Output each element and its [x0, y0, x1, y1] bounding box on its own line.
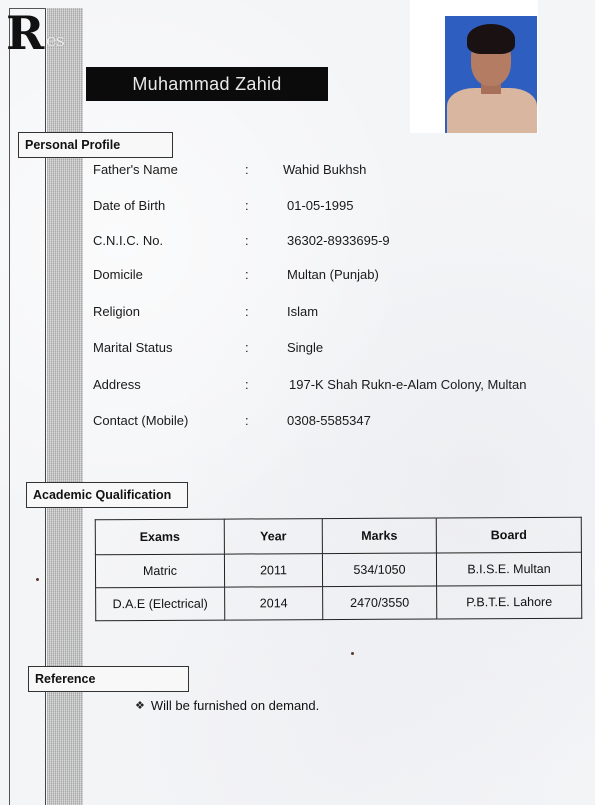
applicant-photo: [445, 16, 537, 133]
personal-profile-heading: Personal Profile: [18, 132, 173, 158]
profile-row: Father's Name:Wahid Bukhsh: [93, 160, 366, 178]
column-header-marks: Marks: [322, 518, 436, 554]
profile-row: Marital Status:Single: [93, 338, 323, 356]
profile-field-label: Date of Birth: [93, 198, 245, 213]
profile-field-separator: :: [245, 340, 283, 355]
profile-row: Address:197-K Shah Rukn-e-Alam Colony, M…: [93, 375, 527, 393]
photo-shirt: [447, 88, 537, 133]
cell-exam: D.A.E (Electrical): [96, 587, 225, 621]
applicant-name: Muhammad Zahid: [132, 74, 281, 95]
profile-field-label: Address: [93, 377, 245, 392]
profile-field-separator: :: [245, 304, 283, 319]
profile-field-value: Single: [287, 340, 323, 355]
table-header-row: Exams Year Marks Board: [95, 517, 581, 555]
column-header-exams: Exams: [95, 519, 224, 555]
cell-marks: 2470/3550: [323, 586, 437, 620]
profile-row: Contact (Mobile):0308-5585347: [93, 411, 371, 429]
photo-hair: [467, 24, 515, 54]
column-header-year: Year: [224, 519, 322, 555]
reference-text: Will be furnished on demand.: [151, 698, 319, 713]
profile-field-value: 0308-5585347: [287, 413, 371, 428]
profile-row: Date of Birth:01-05-1995: [93, 196, 354, 214]
profile-field-value: Multan (Punjab): [287, 267, 379, 282]
profile-field-separator: :: [245, 267, 283, 282]
cell-marks: 534/1050: [322, 553, 436, 587]
table-row: Matric 2011 534/1050 B.I.S.E. Multan: [95, 552, 581, 588]
cell-year: 2011: [224, 554, 322, 588]
profile-field-label: Contact (Mobile): [93, 413, 245, 428]
profile-field-value: 197-K Shah Rukn-e-Alam Colony, Multan: [289, 377, 527, 392]
page-border-outer: [9, 8, 10, 805]
paper-speck: [36, 578, 39, 581]
profile-field-label: Marital Status: [93, 340, 245, 355]
profile-field-value: 36302-8933695-9: [287, 233, 390, 248]
reference-heading: Reference: [28, 666, 189, 692]
cell-year: 2014: [225, 587, 323, 621]
resume-logo-rest: es: [46, 30, 64, 51]
profile-row: Domicile:Multan (Punjab): [93, 265, 379, 283]
column-header-board: Board: [436, 517, 581, 553]
profile-field-label: Father's Name: [93, 162, 245, 177]
profile-field-value: Wahid Bukhsh: [283, 162, 366, 177]
resume-logo-initial: R: [6, 10, 44, 56]
profile-field-separator: :: [245, 198, 283, 213]
profile-row: Religion:Islam: [93, 302, 318, 320]
profile-field-label: Domicile: [93, 267, 245, 282]
profile-field-label: C.N.I.C. No.: [93, 233, 245, 248]
profile-field-value: 01-05-1995: [287, 198, 354, 213]
profile-field-separator: :: [245, 162, 283, 177]
diamond-bullet-icon: ❖: [135, 699, 145, 712]
profile-field-label: Religion: [93, 304, 245, 319]
profile-field-separator: :: [245, 377, 283, 392]
table-row: D.A.E (Electrical) 2014 2470/3550 P.B.T.…: [96, 585, 582, 621]
cell-board: B.I.S.E. Multan: [436, 552, 581, 586]
name-banner: Muhammad Zahid: [86, 67, 328, 101]
academic-qualification-table: Exams Year Marks Board Matric 2011 534/1…: [95, 517, 583, 622]
profile-field-value: Islam: [287, 304, 318, 319]
paper-speck: [351, 652, 354, 655]
cell-exam: Matric: [95, 554, 224, 588]
reference-item: ❖ Will be furnished on demand.: [135, 698, 319, 713]
academic-qualification-heading: Academic Qualification: [26, 482, 188, 508]
profile-row: C.N.I.C. No.:36302-8933695-9: [93, 231, 390, 249]
profile-field-separator: :: [245, 233, 283, 248]
cell-board: P.B.T.E. Lahore: [437, 585, 582, 619]
profile-field-separator: :: [245, 413, 283, 428]
